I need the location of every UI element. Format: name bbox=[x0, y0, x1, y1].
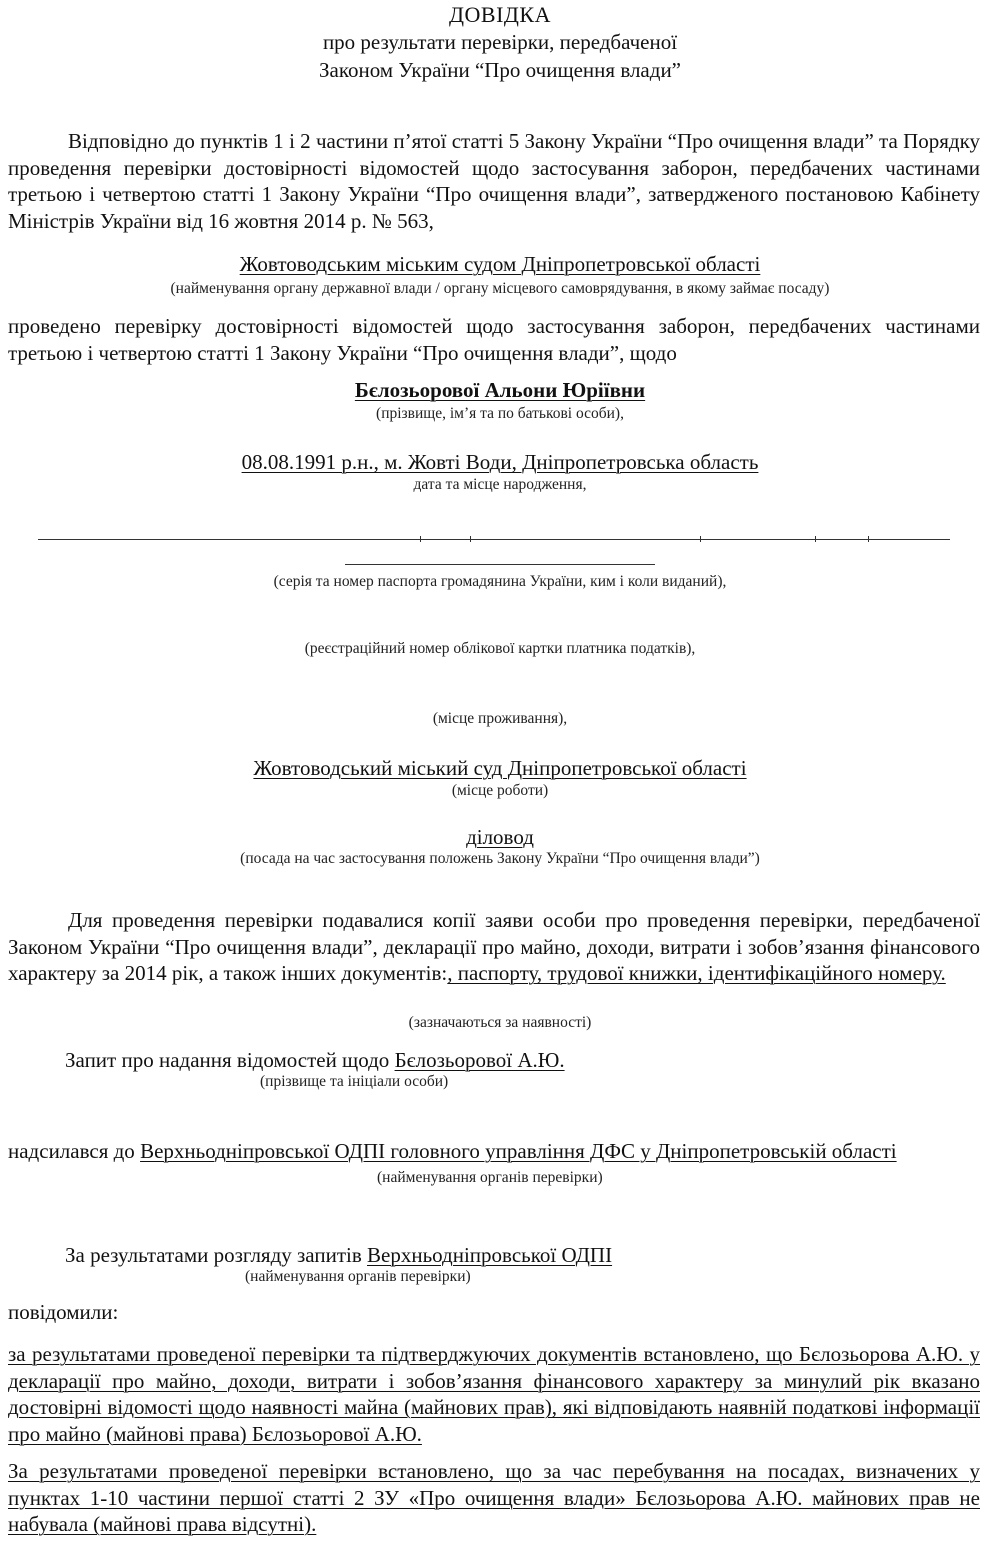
workplace-caption: (місце роботи) bbox=[0, 782, 1000, 800]
position-line: діловод bbox=[0, 825, 1000, 850]
authority-value: Жовтоводським міським судом Дніпропетров… bbox=[240, 252, 761, 276]
passport-redacted-line-2 bbox=[345, 564, 655, 565]
reported-label: повідомили: bbox=[8, 1300, 118, 1325]
line-tick bbox=[420, 536, 421, 542]
documents-paragraph: Для проведення перевірки подавалися копі… bbox=[8, 907, 980, 987]
document-subtitle-line2: Законом України “Про очищення влади” bbox=[0, 58, 1000, 83]
line-tick bbox=[868, 536, 869, 542]
position-caption: (посада на час застосування положень Зак… bbox=[0, 850, 1000, 868]
authority-line: Жовтоводським міським судом Дніпропетров… bbox=[0, 252, 1000, 277]
passport-caption: (серія та номер паспорта громадянина Укр… bbox=[0, 573, 1000, 591]
authority-caption: (найменування органу державної влади / о… bbox=[0, 280, 1000, 298]
check-paragraph: проведено перевірку достовірності відомо… bbox=[8, 313, 980, 366]
request-subject-caption: (прізвище та ініціали особи) bbox=[260, 1073, 448, 1091]
workplace-value: Жовтоводський міський суд Дніпропетровсь… bbox=[253, 756, 746, 780]
birth-line: 08.08.1991 р.н., м. Жовті Води, Дніпропе… bbox=[0, 450, 1000, 475]
line-tick bbox=[470, 536, 471, 542]
request-subject: Бєлозьорової А.Ю. bbox=[395, 1048, 565, 1072]
person-name-caption: (прізвище, ім’я та по батькові особи), bbox=[0, 405, 1000, 423]
birth-caption: дата та місце народження, bbox=[0, 476, 1000, 494]
request-sent-to: Верхньодніпровської ОДПІ головного управ… bbox=[140, 1139, 897, 1163]
documents-list: , паспорту, трудової книжки, ідентифікац… bbox=[447, 961, 946, 985]
results-prefix: За результатами розгляду запитів bbox=[65, 1243, 362, 1267]
intro-paragraph: Відповідно до пунктів 1 і 2 частини п’ят… bbox=[8, 128, 980, 234]
results-line: За результатами розгляду запитів Верхньо… bbox=[65, 1243, 612, 1268]
request-sent-prefix: надсилався до bbox=[8, 1139, 135, 1163]
line-tick bbox=[700, 536, 701, 542]
person-name: Бєлозьорової Альони Юріївни bbox=[355, 378, 645, 402]
document-subtitle-line1: про результати перевірки, передбаченої bbox=[0, 30, 1000, 55]
request-prefix: Запит про надання відомостей щодо bbox=[65, 1048, 389, 1072]
results-organ-caption: (найменування органів перевірки) bbox=[245, 1268, 471, 1286]
request-sent-paragraph: надсилався до Верхньодніпровської ОДПІ г… bbox=[8, 1138, 980, 1165]
line-tick bbox=[815, 536, 816, 542]
birth-value: 08.08.1991 р.н., м. Жовті Води, Дніпропе… bbox=[242, 450, 759, 474]
results-organ: Верхньодніпровської ОДПІ bbox=[367, 1243, 612, 1267]
document-title: ДОВІДКА bbox=[0, 2, 1000, 28]
documents-caption: (зазначаються за наявності) bbox=[0, 1014, 1000, 1032]
passport-redacted-line bbox=[38, 539, 950, 540]
tax-number-caption: (реєстраційний номер облікової картки пл… bbox=[0, 640, 1000, 658]
certificate-page: ДОВІДКА про результати перевірки, передб… bbox=[0, 0, 1000, 1563]
request-sent-to-caption: (найменування органів перевірки) bbox=[377, 1169, 603, 1187]
finding-2: За результатами проведеної перевірки вст… bbox=[8, 1458, 980, 1538]
residence-caption: (місце проживання), bbox=[0, 710, 1000, 728]
request-line: Запит про надання відомостей щодо Бєлозь… bbox=[65, 1048, 565, 1073]
workplace-line: Жовтоводський міський суд Дніпропетровсь… bbox=[0, 756, 1000, 781]
position-value: діловод bbox=[466, 825, 534, 849]
finding-1: за результатами проведеної перевірки та … bbox=[8, 1341, 980, 1447]
person-name-line: Бєлозьорової Альони Юріївни bbox=[0, 378, 1000, 403]
